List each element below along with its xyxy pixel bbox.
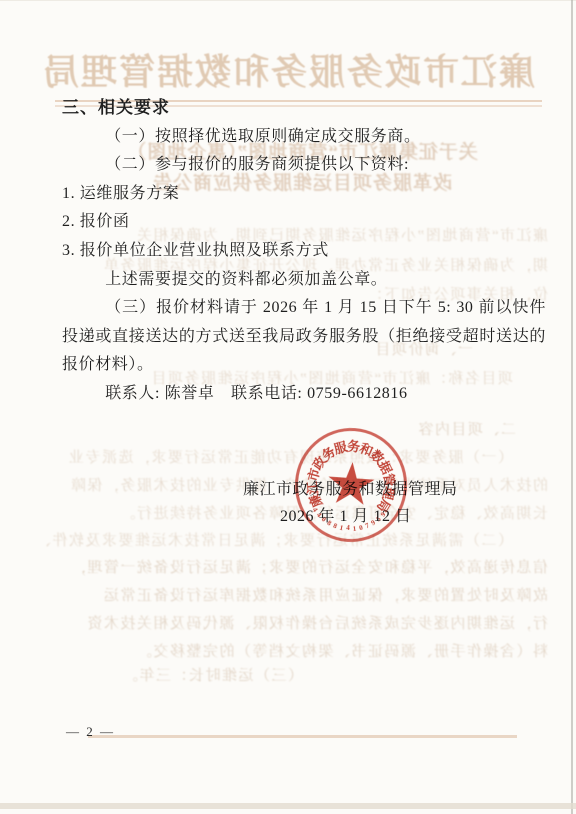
contact-line: 联系人: 陈誉卓 联系电话: 0759-6612816: [62, 380, 546, 409]
official-seal: 廉江市政务服务和数据管理局4408814107959: [291, 424, 411, 546]
bleed-section-heading: 二、项目内容: [50, 418, 548, 439]
bleed-body-line: （二）需满足系统正常运行要求；满足日常技术运维要求及软件、: [50, 529, 548, 550]
scanned-document-page: 廉江市政务服务和数据管理局 关于征集廉江市“营商地图”（惠企地图） 改革服务项目…: [0, 0, 576, 814]
scan-edge-top: [0, 0, 576, 1]
seal-star-icon: [325, 460, 376, 509]
scan-edge-right: [571, 0, 573, 814]
list-item: 3. 报价单位企业营业执照及联系方式: [62, 237, 546, 266]
list-item: 1. 运维服务方案: [62, 180, 546, 209]
scan-edge-bottom: [0, 803, 576, 809]
bleed-body-line: （三）运维时长：三年。: [50, 664, 548, 685]
bleed-body-line: 料（含操作手册、源码证书、架构文档等）的完整移交。: [50, 640, 548, 661]
document-body: 三、相关要求 （一）按照择优选取原则确定成交服务商。 （二）参与报价的服务商须提…: [62, 94, 546, 409]
page-number: — 2 —: [66, 724, 115, 740]
paragraph: （一）按照择优选取原则确定成交服务商。: [62, 123, 546, 152]
bleed-body-line: 行，运维期内逐步完成系统后台操作权限、源代码及相关技术资: [50, 612, 548, 633]
section-heading: 三、相关要求: [62, 94, 546, 123]
paragraph: （二）参与报价的服务商须提供以下资料:: [62, 151, 546, 180]
bleed-footer-rule: [88, 735, 517, 738]
list-item: 2. 报价函: [62, 208, 546, 237]
paragraph: 上述需要提交的资料都必须加盖公章。: [62, 266, 546, 295]
bleed-body-line: 信息传递高效，平稳和安全运行的要求；满足运行设备统一管理，: [50, 556, 548, 577]
bleed-letterhead-title: 廉江市政务服务和数据管理局: [20, 44, 556, 95]
paragraph: （三）报价材料请于 2026 年 1 月 15 日下午 5: 30 前以快件投递…: [62, 294, 546, 380]
bleed-body-line: 故障及时处置的要求，保证应用系统和数据库运行设备正常运: [50, 584, 548, 605]
